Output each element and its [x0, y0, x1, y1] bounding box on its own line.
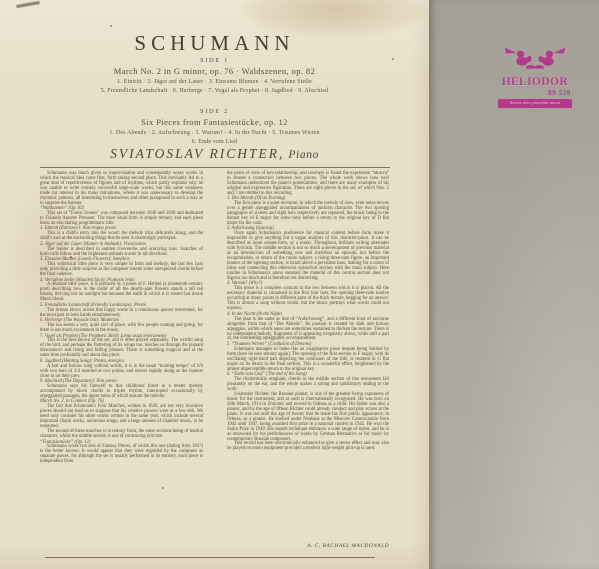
paper-area: SCHUMANN SIDE 1 March No. 2 in G minor, …: [0, 0, 429, 569]
album-back-cover: SCHUMANN SIDE 1 March No. 2 in G minor, …: [0, 0, 599, 569]
liner-notes-para: This is the best-known of the set, and i…: [40, 339, 203, 359]
artist-credit: SVIATOSLAV RICHTER, Piano: [0, 145, 429, 163]
liner-notes-para: Sviatoslav Richter, the Russian pianist,…: [227, 393, 389, 443]
liner-notes-para: This record has been electronically enha…: [227, 442, 389, 452]
artist-instrument: Piano: [288, 149, 318, 161]
liner-notes-para: The second of these marches is in ternar…: [40, 430, 203, 440]
side1-tracks-line1: 1. Eintritt · 2. Jäger auf der Lauer · 3…: [0, 79, 429, 85]
heliodor-logo: HELIODOR 89 528 Stereo also playable mon…: [498, 46, 572, 108]
liner-notes-para: This set of “Forest Scenes” was composed…: [40, 212, 203, 227]
liner-notes-para: Schumann was much given to improvisation…: [40, 172, 203, 207]
liner-notes-para: This whimsical little piece is very simp…: [40, 263, 203, 278]
liner-notes-para: The plan is the same as that of “Aufschw…: [227, 318, 389, 343]
side2-tracks-line2: 6. Ende vom Lied: [0, 139, 429, 145]
liner-notes-para: Schumann says his farewell to this child…: [40, 385, 203, 400]
liner-notes-para: A desolate little piece, it is prefaced …: [40, 283, 203, 303]
liner-notes-para: A fast and furious song without words, i…: [40, 365, 203, 380]
author-signature: A. C. RACHAEL MACDONALD: [227, 543, 389, 549]
artist-name: SVIATOSLAV RICHTER,: [110, 146, 284, 161]
liner-notes-left-column: Schumann was much given to improvisation…: [40, 172, 203, 465]
side2-label: SIDE 2: [0, 108, 429, 115]
divider-rule-top: [40, 167, 390, 168]
liner-notes-para: The rhythmically emphatic chords in the …: [227, 378, 389, 393]
side2-works: Six Pieces from Fantasiestücke, op. 12: [0, 117, 429, 127]
side1-tracks-line2: 5. Freundliche Landschaft · 6. Herberge …: [0, 88, 429, 94]
liner-notes-para: This piece is a complete contrast to the…: [227, 287, 389, 312]
liner-notes-para: Schumann manages to make this an imagina…: [227, 348, 389, 373]
liner-notes-para: The breeze blows across this happy scene…: [40, 309, 203, 319]
liner-notes-para: The first piece is a quiet nocturne, in …: [227, 202, 389, 227]
paper-speck: [110, 25, 112, 27]
liner-notes-para: The inn seems a very quiet sort of place…: [40, 324, 203, 334]
liner-notes-para-flush: the point of view of key-relationship, a…: [227, 172, 389, 197]
stereo-banner: Stereo also playable mono: [498, 99, 572, 108]
liner-notes-para: Schumann wrote two sets of Fantasy Piece…: [40, 445, 203, 465]
catalog-number: 89 528: [498, 89, 572, 97]
liner-notes-para: The fact that Schumann's Four Marches, w…: [40, 405, 203, 430]
cherubs-icon: [499, 46, 571, 71]
side1-works: March No. 2 in G minor, op. 76 · Waldsze…: [0, 66, 429, 76]
paper-speck: [162, 487, 164, 489]
divider-rule-bottom: [45, 557, 375, 558]
liner-notes-para: This is a child's entry into the wood: t…: [40, 232, 203, 242]
liner-notes-right-column: the point of view of key-relationship, a…: [227, 172, 389, 452]
label-name: HELIODOR: [498, 76, 572, 88]
paper-mark: [16, 1, 40, 8]
liner-notes-para: Once again Schumann's preference for mus…: [227, 232, 389, 282]
side2-tracks-line1: 1. Des Abends · 2. Aufschwung · 3. Warum…: [0, 130, 429, 136]
side1-label: SIDE 1: [0, 57, 429, 64]
liner-notes-para: The hunter is described in sudden cresce…: [40, 248, 203, 258]
gray-edge-strip: HELIODOR 89 528 Stereo also playable mon…: [429, 0, 599, 569]
album-title: SCHUMANN: [0, 31, 429, 56]
